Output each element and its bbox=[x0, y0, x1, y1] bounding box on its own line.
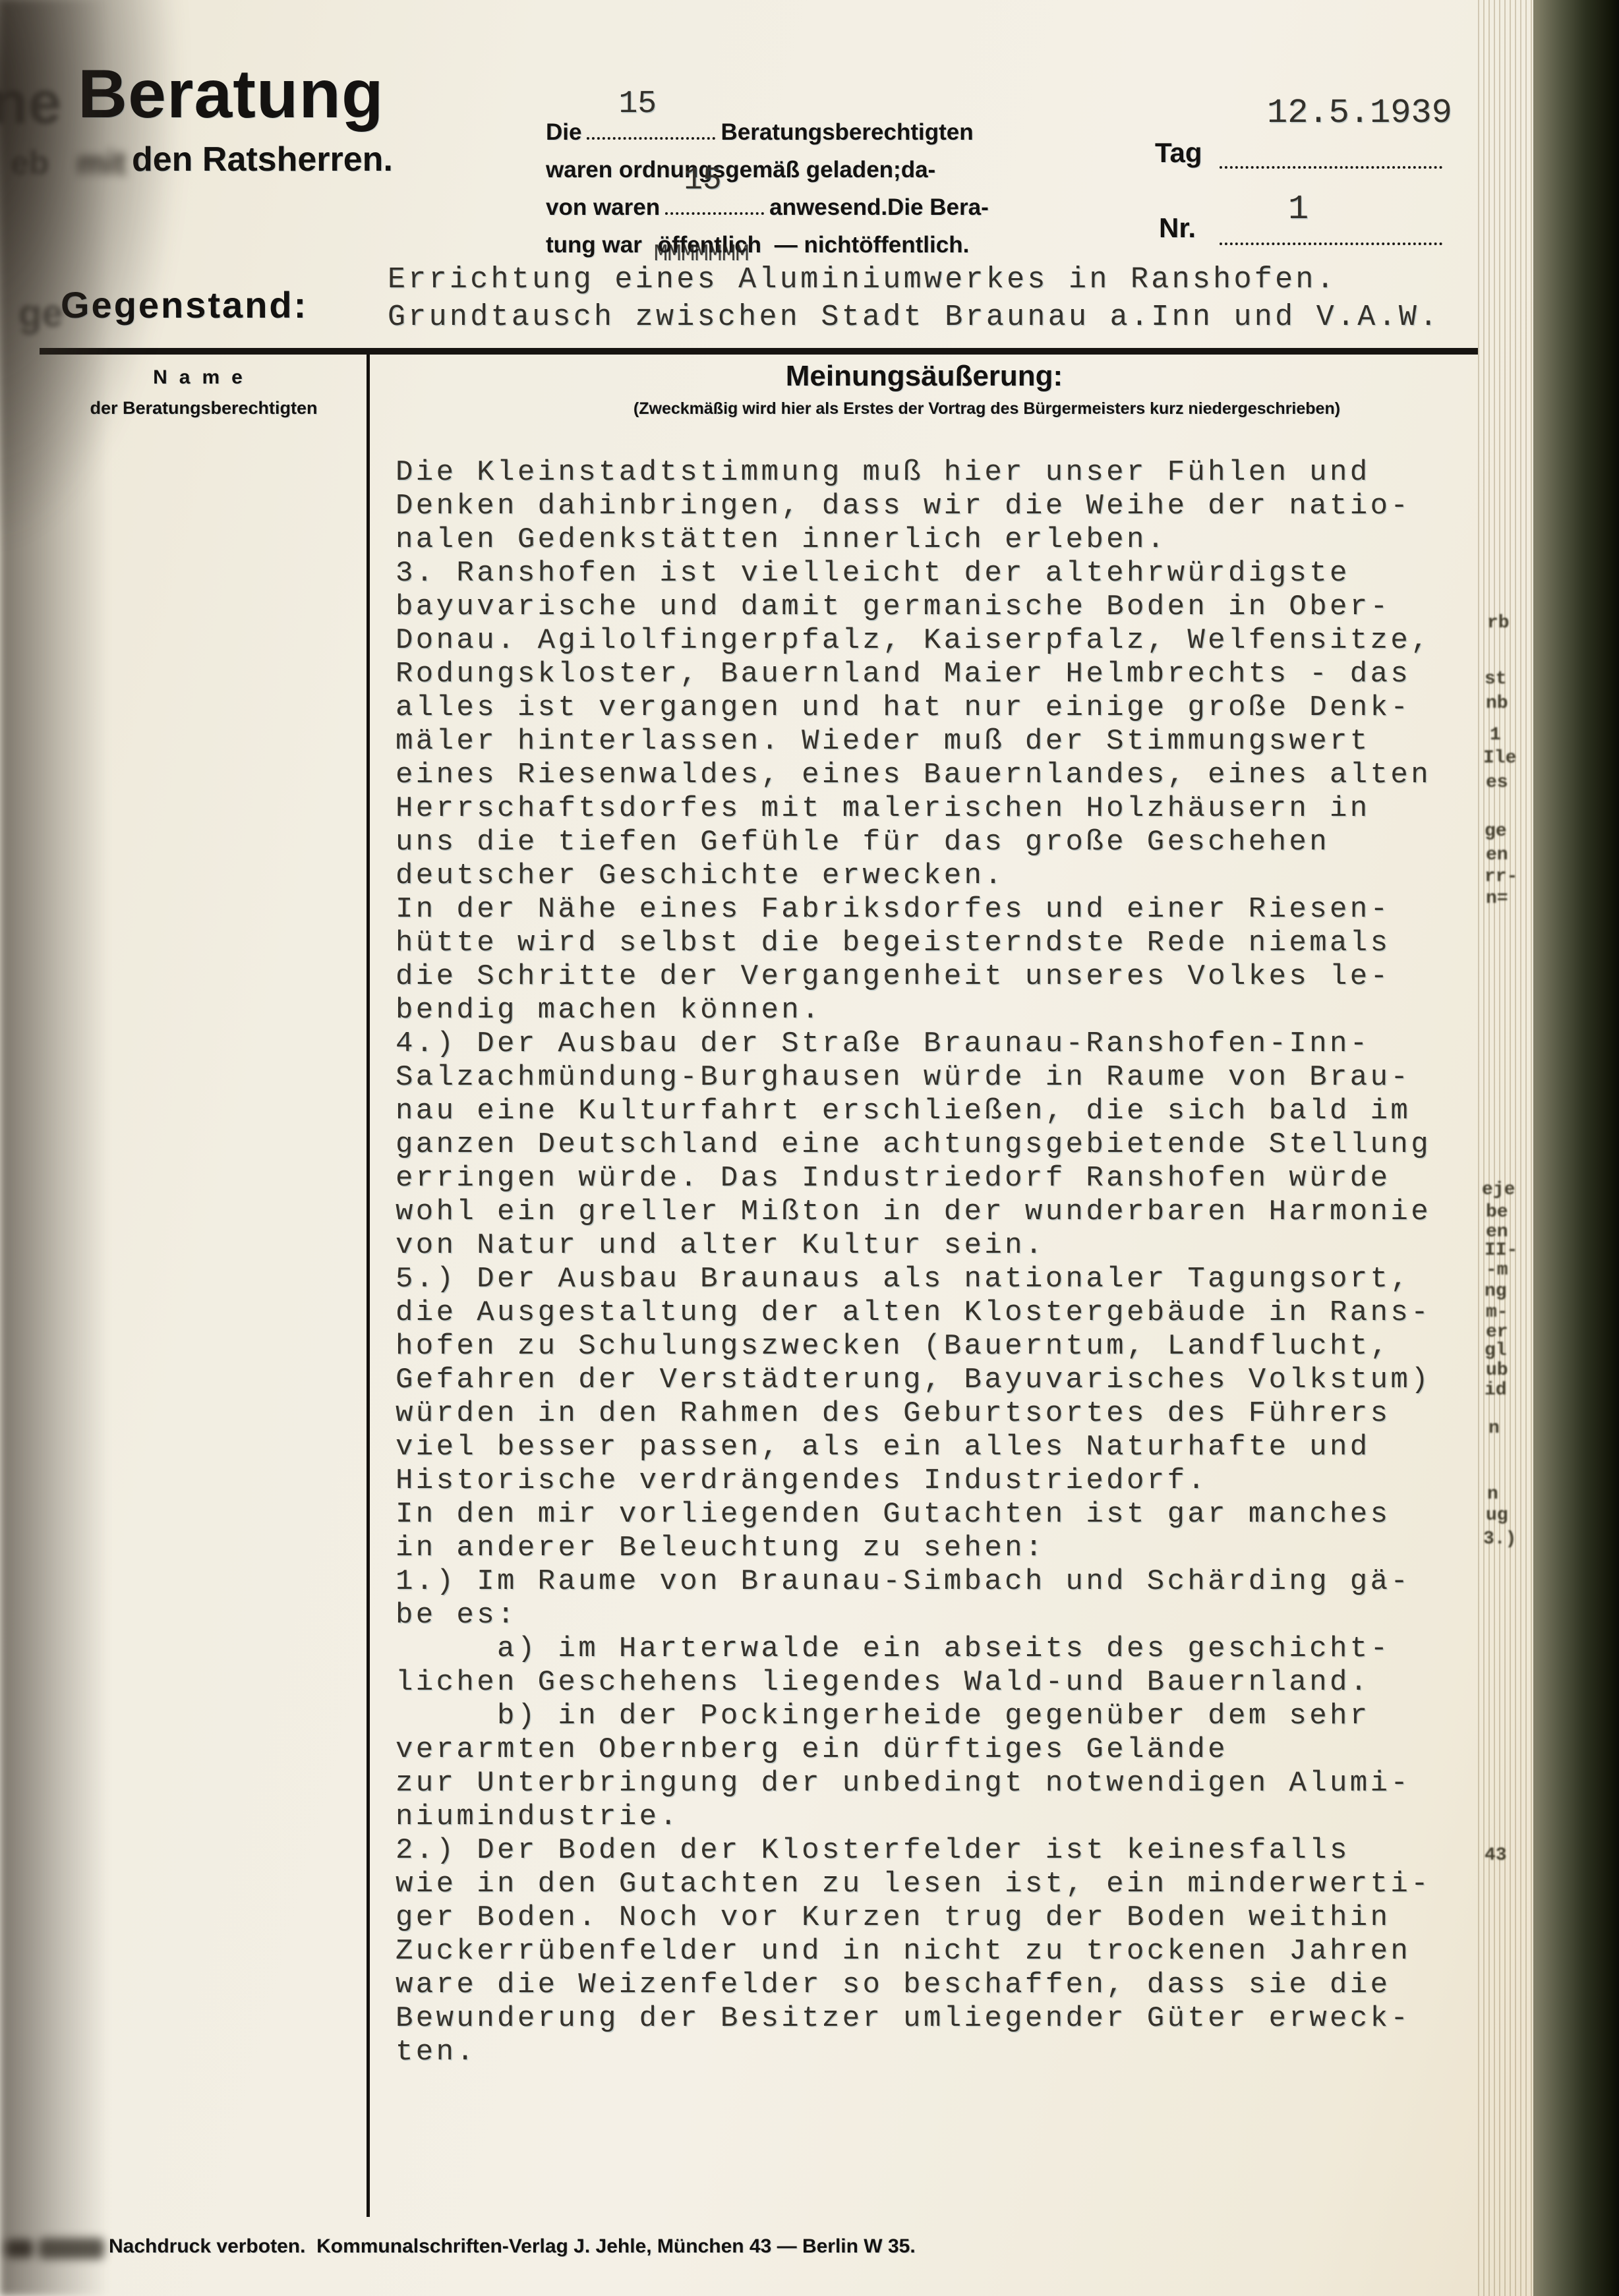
typewritten-line: hofen zu Schulungszwecken (Bauerntum, La… bbox=[396, 1330, 1477, 1363]
typewritten-line: ware die Weizenfelder so beschaffen, das… bbox=[396, 1968, 1477, 2002]
typewritten-line: wie in den Gutachten zu lesen ist, ein m… bbox=[396, 1868, 1477, 1901]
edge-text-fragment: st bbox=[1485, 669, 1507, 689]
edge-text-fragment: ge bbox=[1485, 821, 1507, 842]
edge-text-fragment: ub bbox=[1486, 1360, 1508, 1381]
edge-text-fragment: nb bbox=[1486, 693, 1508, 714]
typewritten-line: Historische verdrängendes Industriedorf. bbox=[396, 1464, 1477, 1498]
edge-text-fragment: en bbox=[1486, 1222, 1508, 1242]
attendance-line3-pre: von waren bbox=[546, 194, 660, 220]
edge-text-fragment: n= bbox=[1486, 888, 1508, 909]
typewritten-line: ganzen Deutschland eine achtungsgebieten… bbox=[396, 1128, 1477, 1162]
form-subtitle: den Ratsherren. bbox=[132, 140, 393, 179]
attendance-line-2: waren ordnungsgemäß geladen;da- bbox=[546, 151, 1001, 188]
cutoff-text-fragment: ne bbox=[0, 69, 61, 138]
attendance-statement: Die15Beratungsberechtigten waren ordnung… bbox=[546, 113, 1001, 264]
typewritten-line: von Natur und alter Kultur sein. bbox=[396, 1229, 1477, 1263]
typewritten-line: wohl ein greller Mißton in der wunderbar… bbox=[396, 1195, 1477, 1229]
typewritten-line: alles ist vergangen und hat nur einige g… bbox=[396, 691, 1477, 725]
ink-smudge bbox=[5, 2239, 33, 2258]
attendance-line1-pre: Die bbox=[546, 119, 581, 145]
typewritten-line: nau eine Kulturfahrt erschließen, die si… bbox=[396, 1095, 1477, 1128]
edge-text-fragment: id bbox=[1485, 1380, 1507, 1400]
tag-label: Tag bbox=[1155, 137, 1202, 169]
attendance-line-1: Die15Beratungsberechtigten bbox=[546, 113, 1001, 151]
edge-text-fragment: n bbox=[1488, 1418, 1500, 1439]
scanned-document-page: ne Beratung eb mit den Ratsherren. Die15… bbox=[0, 0, 1619, 2296]
cutoff-text-fragment: eb bbox=[11, 144, 49, 182]
typewritten-line: Rodungskloster, Bauernland Maier Helmbre… bbox=[396, 658, 1477, 691]
typewritten-line: uns die tiefen Gefühle für das große Ges… bbox=[396, 826, 1477, 859]
edge-text-fragment: 1 bbox=[1490, 725, 1501, 745]
fill-in-line: 15 bbox=[665, 208, 764, 215]
typewritten-line: lichen Geschehens liegendes Wald-und Bau… bbox=[396, 1666, 1477, 1700]
attendance-count-invited: 15 bbox=[618, 86, 657, 123]
typewritten-line: 4.) Der Ausbau der Straße Braunau-Ransho… bbox=[396, 1027, 1477, 1061]
attendance-count-present: 15 bbox=[684, 162, 722, 200]
typewritten-line: Die Kleinstadtstimmung muß hier unser Fü… bbox=[396, 456, 1477, 490]
meeting-number: 1 bbox=[1288, 190, 1309, 229]
attendance-line3-post: anwesend.Die Bera- bbox=[769, 194, 989, 220]
typewritten-line: hütte wird selbst die begeisterndste Red… bbox=[396, 927, 1477, 960]
imprint-line: Nachdruck verboten. Kommunalschriften-Ve… bbox=[109, 2235, 916, 2258]
tag-fill-line bbox=[1220, 166, 1442, 169]
typewritten-line: zur Unterbringung der unbedingt notwendi… bbox=[396, 1767, 1477, 1800]
typewritten-line: 2.) Der Boden der Klosterfelder ist kein… bbox=[396, 1834, 1477, 1868]
typewritten-line: b) in der Pockingerheide gegenüber dem s… bbox=[396, 1700, 1477, 1733]
typewritten-line: bayuvarische und damit germanische Boden… bbox=[396, 590, 1477, 624]
edge-text-fragment: Ile bbox=[1483, 748, 1516, 768]
typewritten-line: Zuckerrübenfelder und in nicht zu trocke… bbox=[396, 1935, 1477, 1968]
typewritten-line: Gefahren der Verstädterung, Bayuvarische… bbox=[396, 1363, 1477, 1397]
next-page-text-fragments: rbstnb1Ileesgeenrr-n=ejebeenII--mngm-erg… bbox=[1481, 0, 1533, 2296]
edge-text-fragment: es bbox=[1486, 772, 1508, 793]
edge-text-fragment: -m bbox=[1486, 1260, 1508, 1280]
typewritten-line: viel besser passen, als ein alles Naturh… bbox=[396, 1431, 1477, 1464]
typewritten-line: deutscher Geschichte erwecken. bbox=[396, 859, 1477, 893]
nr-fill-line bbox=[1220, 243, 1442, 245]
ink-smudge bbox=[38, 2238, 104, 2259]
opinion-column-header: Meinungsäußerung: bbox=[374, 360, 1475, 393]
edge-text-fragment: eje bbox=[1482, 1180, 1515, 1200]
subject-line-2: Grundtausch zwischen Stadt Braunau a.Inn… bbox=[388, 299, 1440, 336]
column-divider bbox=[367, 355, 370, 2217]
subject-label: Gegenstand: bbox=[61, 283, 308, 326]
struck-word-public: öffentlichMMMMMMM bbox=[658, 226, 761, 264]
attendance-line4-pre: tung war bbox=[546, 232, 642, 258]
typewritten-line: Bewunderung der Besitzer umliegender Güt… bbox=[396, 2002, 1477, 2036]
typewritten-line: Denken dahinbringen, dass wir die Weihe … bbox=[396, 490, 1477, 523]
name-column-subheader: der Beratungsberechtigten bbox=[41, 398, 367, 418]
bleedthrough-text-fragment: ge bbox=[18, 291, 63, 335]
meeting-date: 12.5.1939 bbox=[1267, 94, 1452, 132]
typewritten-line: Salzachmündung-Burghausen würde in Raume… bbox=[396, 1061, 1477, 1095]
subject-line-1: Errichtung eines Aluminiumwerkes in Rans… bbox=[388, 261, 1440, 299]
form-title: Beratung bbox=[78, 55, 384, 134]
typewritten-line: 1.) Im Raume von Braunau-Simbach und Sch… bbox=[396, 1565, 1477, 1599]
edge-text-fragment: n bbox=[1487, 1484, 1498, 1505]
cutoff-text-fragment: mit bbox=[76, 144, 126, 182]
edge-text-fragment: er bbox=[1486, 1322, 1508, 1342]
typewritten-line: 5.) Der Ausbau Braunaus als nationaler T… bbox=[396, 1263, 1477, 1296]
attendance-line-3: von waren15anwesend.Die Bera- bbox=[546, 188, 1001, 226]
typewritten-line: Herrschaftsdorfes mit malerischen Holzhä… bbox=[396, 792, 1477, 826]
typewritten-line: In den mir vorliegenden Gutachten ist ga… bbox=[396, 1498, 1477, 1532]
edge-text-fragment: ng bbox=[1485, 1281, 1507, 1302]
attendance-line1-post: Beratungsberechtigten bbox=[721, 119, 973, 145]
name-column-header: Name bbox=[41, 366, 367, 389]
body-text: Die Kleinstadtstimmung muß hier unser Fü… bbox=[396, 456, 1477, 2069]
typewritten-line: die Ausgestaltung der alten Klostergebäu… bbox=[396, 1296, 1477, 1330]
typewritten-line: ten. bbox=[396, 2036, 1477, 2069]
typewritten-line: mäler hinterlassen. Wieder muß der Stimm… bbox=[396, 725, 1477, 759]
edge-text-fragment: 43 bbox=[1485, 1845, 1507, 1866]
edge-text-fragment: be bbox=[1486, 1202, 1508, 1222]
typewritten-line: In der Nähe eines Fabriksdorfes und eine… bbox=[396, 893, 1477, 927]
opinion-column-subheader: (Zweckmäßig wird hier als Erstes der Vor… bbox=[436, 399, 1537, 418]
edge-text-fragment: rb bbox=[1487, 613, 1510, 633]
typewritten-line: be es: bbox=[396, 1599, 1477, 1632]
typewritten-line: a) im Harterwalde ein abseits des geschi… bbox=[396, 1632, 1477, 1666]
typewritten-line: 3. Ranshofen ist vielleicht der altehrwü… bbox=[396, 557, 1477, 590]
typewritten-line: verarmten Obernberg ein dürftiges Geländ… bbox=[396, 1733, 1477, 1767]
fill-in-line: 15 bbox=[587, 133, 715, 140]
typewritten-line: erringen würde. Das Industriedorf Ransho… bbox=[396, 1162, 1477, 1195]
edge-text-fragment: rr- bbox=[1485, 867, 1517, 887]
typewritten-line: Donau. Agilolfingerpfalz, Kaiserpfalz, W… bbox=[396, 624, 1477, 658]
typewritten-line: bendig machen können. bbox=[396, 994, 1477, 1027]
typewritten-line: ger Boden. Noch vor Kurzen trug der Bode… bbox=[396, 1901, 1477, 1935]
typewritten-line: nalen Gedenkstätten innerlich erleben. bbox=[396, 523, 1477, 557]
typewritten-line: die Schritte der Vergangenheit unseres V… bbox=[396, 960, 1477, 994]
edge-text-fragment: II- bbox=[1485, 1240, 1517, 1261]
nr-label: Nr. bbox=[1159, 212, 1196, 244]
typewritten-line: eines Riesenwaldes, eines Bauernlandes, … bbox=[396, 759, 1477, 792]
edge-text-fragment: 3.) bbox=[1483, 1529, 1516, 1549]
edge-text-fragment: gl bbox=[1485, 1340, 1507, 1361]
horizontal-rule bbox=[40, 348, 1478, 355]
edge-text-fragment: ug bbox=[1486, 1505, 1508, 1526]
typewritten-line: niumindustrie. bbox=[396, 1800, 1477, 1834]
attendance-line4-post: — nichtöffentlich. bbox=[775, 232, 970, 258]
typewritten-line: in anderer Beleuchtung zu sehen: bbox=[396, 1532, 1477, 1565]
typewritten-line: würden in den Rahmen des Geburtsortes de… bbox=[396, 1397, 1477, 1431]
attendance-line-4: tung war öffentlichMMMMMMM — nichtöffent… bbox=[546, 226, 1001, 264]
binding-shadow bbox=[0, 0, 109, 2296]
edge-text-fragment: m- bbox=[1486, 1302, 1508, 1323]
subject-text: Errichtung eines Aluminiumwerkes in Rans… bbox=[388, 261, 1440, 336]
edge-text-fragment: en bbox=[1486, 845, 1508, 865]
book-gutter-shadow bbox=[1533, 0, 1619, 2296]
